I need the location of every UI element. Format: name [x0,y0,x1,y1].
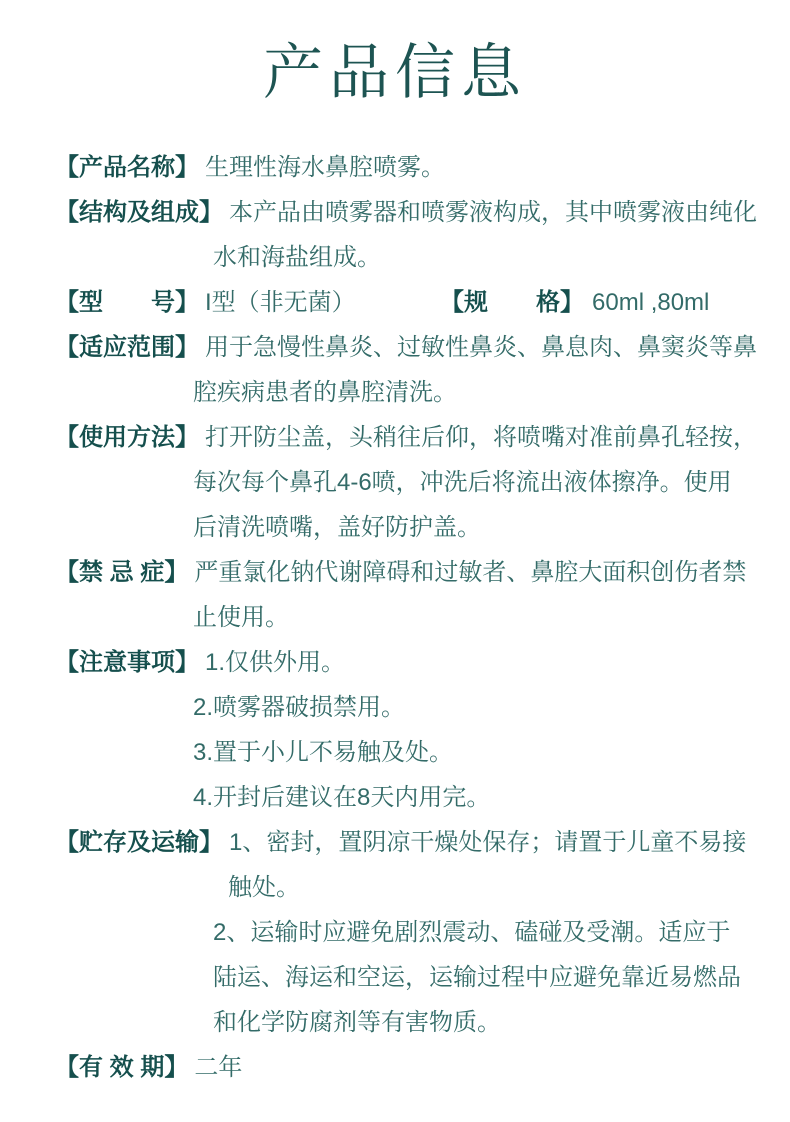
section-line: 生理性海水鼻腔喷雾。 [205,145,445,190]
section-label: 【贮存及运输】 [55,820,223,865]
section-model-spec: 【型 号】 I型（非无菌） 【规 格】 60ml ,80ml [55,280,750,325]
section-line: 止使用。 [193,595,750,640]
page-title: 产品信息 [0,35,790,110]
section-label: 【产品名称】 [55,145,199,190]
section-line: 严重氯化钠代谢障碍和过敏者、鼻腔大面积创伤者禁 [194,550,746,595]
section-line: 3.置于小儿不易触及处。 [193,730,750,775]
section-label: 【注意事项】 [55,640,199,685]
section-line: 腔疾病患者的鼻腔清洗。 [193,370,750,415]
section-line: 本产品由喷雾器和喷雾液构成，其中喷雾液由纯化 [229,190,757,235]
section-label: 【禁 忌 症】 [55,550,188,595]
section-product-name: 【产品名称】 生理性海水鼻腔喷雾。 [55,145,750,190]
section-label: 【使用方法】 [55,415,199,460]
section-line: 水和海盐组成。 [213,235,750,280]
section-label: 【有 效 期】 [55,1045,188,1090]
section-line: 2.喷雾器破损禁用。 [193,685,750,730]
section-structure-composition: 【结构及组成】 本产品由喷雾器和喷雾液构成，其中喷雾液由纯化 水和海盐组成。 [55,190,750,280]
product-info-document: 【产品名称】 生理性海水鼻腔喷雾。 【结构及组成】 本产品由喷雾器和喷雾液构成，… [55,145,750,1090]
section-contraindications: 【禁 忌 症】 严重氯化钠代谢障碍和过敏者、鼻腔大面积创伤者禁 止使用。 [55,550,750,640]
section-shelf-life: 【有 效 期】 二年 [55,1045,750,1090]
section-indications: 【适应范围】 用于急慢性鼻炎、过敏性鼻炎、鼻息肉、鼻窦炎等鼻 腔疾病患者的鼻腔清… [55,325,750,415]
section-label: 【结构及组成】 [55,190,223,235]
spec-value: 60ml ,80ml [592,280,709,325]
model-value: I型（非无菌） [205,280,440,325]
section-line: 4.开封后建议在8天内用完。 [193,775,750,820]
section-line: 陆运、海运和空运，运输过程中应避免靠近易燃品 [213,955,750,1000]
section-label-model: 【型 号】 [55,280,199,325]
section-usage-method: 【使用方法】 打开防尘盖，头稍往后仰，将喷嘴对准前鼻孔轻按， 每次每个鼻孔4-6… [55,415,750,550]
section-line: 和化学防腐剂等有害物质。 [213,1000,750,1045]
section-line: 每次每个鼻孔4-6喷，冲洗后将流出液体擦净。使用 [193,460,750,505]
section-line: 用于急慢性鼻炎、过敏性鼻炎、鼻息肉、鼻窦炎等鼻 [205,325,757,370]
section-label: 【适应范围】 [55,325,199,370]
section-line: 触处。 [228,865,750,910]
section-line: 后清洗喷嘴，盖好防护盖。 [193,505,750,550]
section-line: 2、运输时应避免剧烈震动、磕碰及受潮。适应于 [213,910,750,955]
section-line: 1.仅供外用。 [205,640,345,685]
section-storage-transport: 【贮存及运输】 1、密封，置阴凉干燥处保存；请置于儿童不易接 触处。 2、运输时… [55,820,750,1045]
section-precautions: 【注意事项】 1.仅供外用。 2.喷雾器破损禁用。 3.置于小儿不易触及处。 4… [55,640,750,820]
section-line: 二年 [194,1045,242,1090]
section-line: 打开防尘盖，头稍往后仰，将喷嘴对准前鼻孔轻按， [205,415,757,460]
section-line: 1、密封，置阴凉干燥处保存；请置于儿童不易接 [229,820,746,865]
section-label-spec: 【规 格】 [440,280,584,325]
